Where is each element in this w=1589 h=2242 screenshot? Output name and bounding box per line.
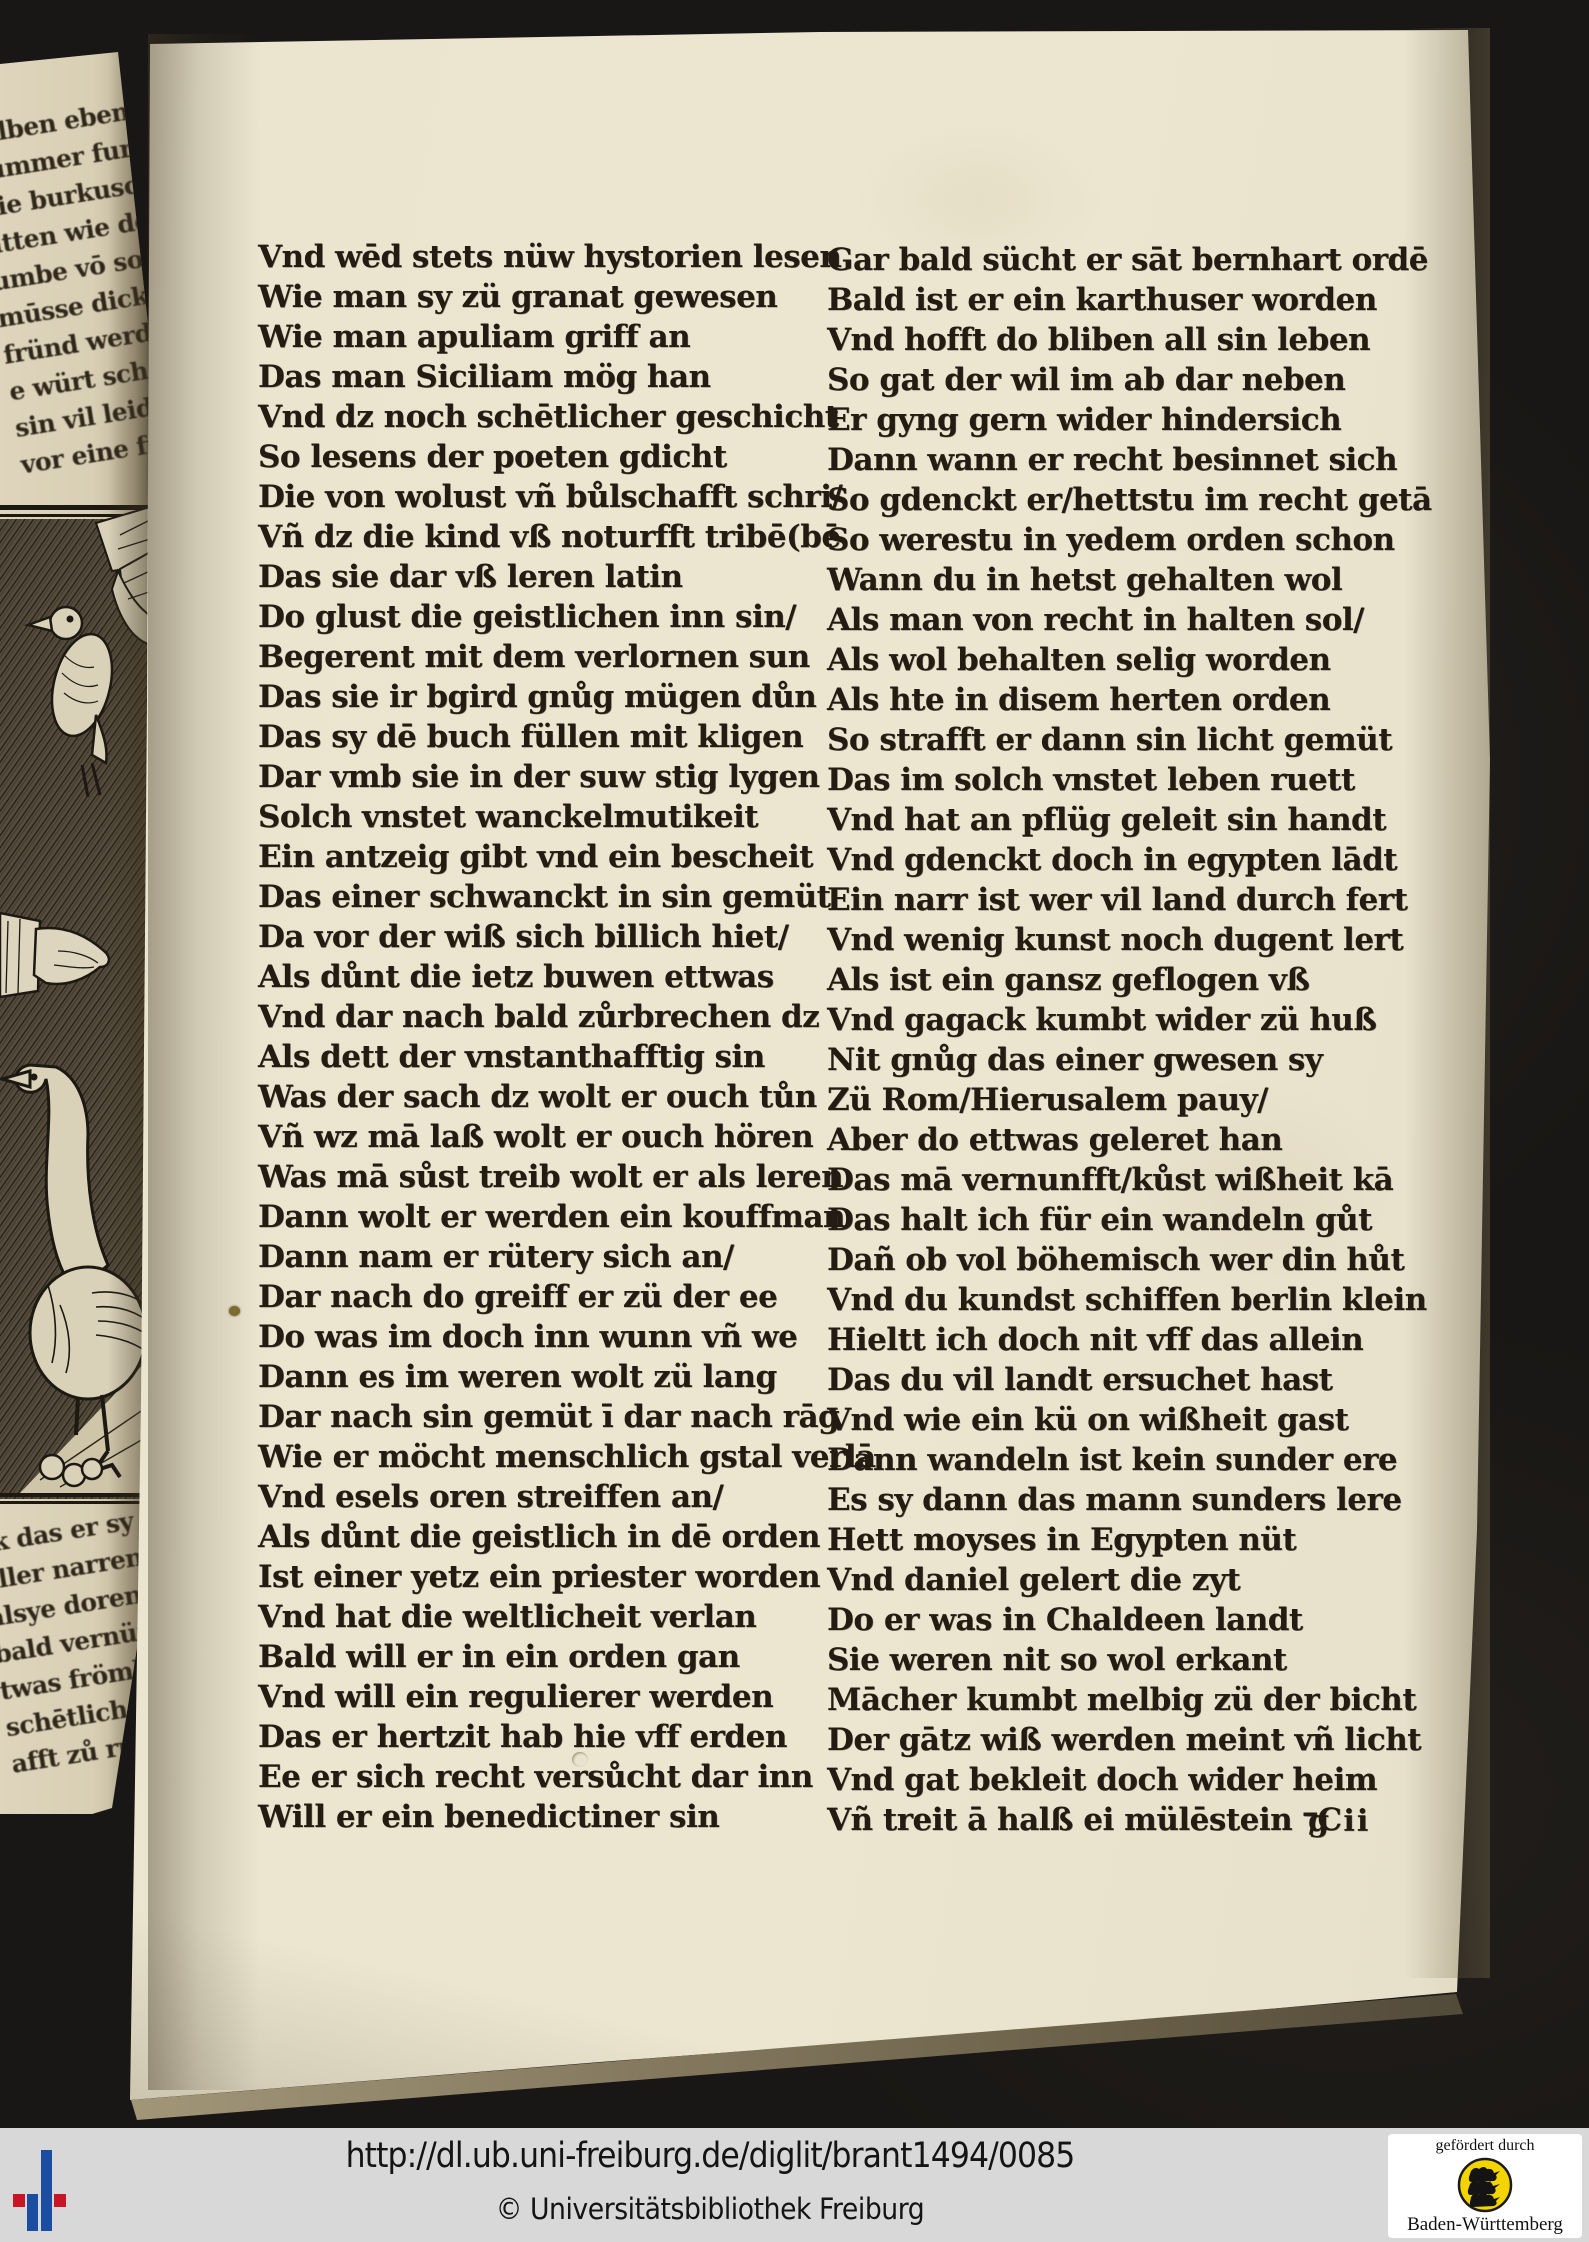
verse-line: Vnd wēd stets nüw hystorien lesen [258, 237, 823, 277]
verse-line: So strafft er dann sin licht gemüt [827, 720, 1402, 760]
book-scan-photo: selben eben vilrummer furchendie burkusc… [0, 0, 1589, 2242]
right-text-column: Gar bald sücht er sāt bernhart ordēBald … [827, 240, 1402, 1840]
verse-line: Wie man apuliam griff an [258, 317, 823, 357]
verse-line: Das halt ich für ein wandeln gůt [827, 1200, 1402, 1240]
verse-line: Wann du in hetst gehalten wol [827, 560, 1402, 600]
verse-line: Vnd hofft do bliben all sin leben [827, 320, 1402, 360]
verse-line: Als wol behalten selig worden [827, 640, 1402, 680]
verse-line: Da vor der wiß sich billich hiet/ [258, 917, 823, 957]
verse-line: Do glust die geistlichen inn sin/ [258, 597, 823, 637]
verse-line: Vnd du kundst schiffen berlin klein [827, 1280, 1402, 1320]
verse-line: Die von wolust vñ bůlschafft schri/ [258, 477, 823, 517]
verse-line: Zü Rom/Hierusalem pauy/ [827, 1080, 1402, 1120]
verse-line: Wie er möcht menschlich gstal verlā [258, 1437, 823, 1477]
verse-line: Dañ ob vol böhemisch wer din hůt [827, 1240, 1402, 1280]
verse-line: Bald ist er ein karthuser worden [827, 280, 1402, 320]
verse-line: Do was im doch inn wunn vñ we [258, 1317, 823, 1357]
verse-line: Vnd hat die weltlicheit verlan [258, 1597, 823, 1637]
verse-line: Nit gnůg das einer gwesen sy [827, 1040, 1402, 1080]
left-text-column: Vnd wēd stets nüw hystorien lesenWie man… [258, 237, 823, 1837]
verse-line: Als dett der vnstanthafftig sin [258, 1037, 823, 1077]
verse-line: Vnd gat bekleit doch wider heim [827, 1760, 1402, 1800]
verse-line: Als důnt die geistlich in dē orden [258, 1517, 823, 1557]
verse-line: Als důnt die ietz buwen ettwas [258, 957, 823, 997]
verse-line: Vnd dar nach bald zůrbrechen dz [258, 997, 823, 1037]
verse-line: Das man Siciliam mög han [258, 357, 823, 397]
verse-line: Mācher kumbt melbig zü der bicht [827, 1680, 1402, 1720]
verse-line: Wie man sy zü granat gewesen [258, 277, 823, 317]
verse-line: Vnd hat an pflüg geleit sin handt [827, 800, 1402, 840]
quire-signature: g ii [1308, 1804, 1370, 1839]
document-url: http://dl.ub.uni-freiburg.de/diglit/bran… [71, 2136, 1349, 2176]
verse-line: So gat der wil im ab dar neben [827, 360, 1402, 400]
verse-line: Das sie dar vß leren latin [258, 557, 823, 597]
verse-line: So lesens der poeten gdicht [258, 437, 823, 477]
verse-line: Ee er sich recht versůcht dar inn [258, 1757, 823, 1797]
verse-line: Dann es im weren wolt zü lang [258, 1357, 823, 1397]
verse-line: Vnd gdenckt doch in egypten lādt [827, 840, 1402, 880]
verse-line: Als ist ein gansz geflogen vß [827, 960, 1402, 1000]
verse-line: Vnd wenig kunst noch dugent lert [827, 920, 1402, 960]
verse-line: Vñ wz mā laß wolt er ouch hören [258, 1117, 823, 1157]
paper-hole [572, 1752, 588, 1767]
verse-line: Das sy dē buch füllen mit kligen [258, 717, 823, 757]
verse-line: Hett moyses in Egypten nüt [827, 1520, 1402, 1560]
verse-line: Do er was in Chaldeen landt [827, 1600, 1402, 1640]
verse-line: Als man von recht in halten sol/ [827, 600, 1402, 640]
region-label: Baden-Württemberg [1388, 2214, 1582, 2236]
verse-line: Das er hertzit hab hie vff erden [258, 1717, 823, 1757]
verse-line: Er gyng gern wider hindersich [827, 400, 1402, 440]
verse-line: Das du vil landt ersuchet hast [827, 1360, 1402, 1400]
verse-line: Es sy dann das mann sunders lere [827, 1480, 1402, 1520]
verse-line: Was der sach dz wolt er ouch tůn [258, 1077, 823, 1117]
verse-line: Dar vmb sie in der suw stig lygen [258, 757, 823, 797]
copyright-text: © Universitätsbibliothek Freiburg [57, 2192, 1363, 2226]
verse-line: Vnd dz noch schētlicher geschicht [258, 397, 823, 437]
verse-line: Das sie ir bgird gnůg mügen důn [258, 677, 823, 717]
footer-text-block: http://dl.ub.uni-freiburg.de/diglit/bran… [0, 2128, 1420, 2242]
verse-line: Will er ein benedictiner sin [258, 1797, 823, 1837]
verse-line: Ein antzeig gibt vnd ein bescheit [258, 837, 823, 877]
paper-speck [229, 1306, 240, 1316]
verse-line: Aber do ettwas geleret han [827, 1120, 1402, 1160]
verse-line: Gar bald sücht er sāt bernhart ordē [827, 240, 1402, 280]
verse-line: Was mā sůst treib wolt er als leren [258, 1157, 823, 1197]
verse-line: Solch vnstet wanckelmutikeit [258, 797, 823, 837]
verse-line: Das im solch vnstet leben ruett [827, 760, 1402, 800]
funded-by-label: gefördert durch [1388, 2134, 1582, 2156]
baden-wuerttemberg-coat-of-arms-icon [1457, 2157, 1513, 2213]
verse-line: Vnd will ein regulierer werden [258, 1677, 823, 1717]
verse-line: Vñ dz die kind vß noturfft tribē(bē [258, 517, 823, 557]
funding-badge: gefördert durch Baden-Württemberg [1388, 2134, 1582, 2238]
footer-bar: http://dl.ub.uni-freiburg.de/diglit/bran… [0, 2128, 1589, 2242]
verse-line: Bald will er in ein orden gan [258, 1637, 823, 1677]
verse-line: Dann wolt er werden ein kouffman [258, 1197, 823, 1237]
verse-line: Vnd wie ein kü on wißheit gast [827, 1400, 1402, 1440]
verse-line: Dann wann er recht besinnet sich [827, 440, 1402, 480]
verse-line: Dann nam er rütery sich an/ [258, 1237, 823, 1277]
previous-page-fragment: selben eben vilrummer furchendie burkusc… [0, 52, 154, 1814]
verse-line: Das mā vernunfft/kůst wißheit kā [827, 1160, 1402, 1200]
verse-line: Dar nach do greiff er zü der ee [258, 1277, 823, 1317]
verse-line: Vnd daniel gelert die zyt [827, 1560, 1402, 1600]
verse-line: Hieltt ich doch nit vff das allein [827, 1320, 1402, 1360]
verse-line: Als hte in disem herten orden [827, 680, 1402, 720]
verse-line: Dann wandeln ist kein sunder ere [827, 1440, 1402, 1480]
verse-line: So werestu in yedem orden schon [827, 520, 1402, 560]
verse-line: So gdenckt er/hettstu im recht getā [827, 480, 1402, 520]
verse-line: Vnd esels oren streiffen an/ [258, 1477, 823, 1517]
verse-line: Dar nach sin gemüt ī dar nach rāg [258, 1397, 823, 1437]
verse-line: Begerent mit dem verlornen sun [258, 637, 823, 677]
verse-line: Der gātz wiß werden meint vñ licht [827, 1720, 1402, 1760]
verse-line: Sie weren nit so wol erkant [827, 1640, 1402, 1680]
verse-line: Ein narr ist wer vil land durch fert [827, 880, 1402, 920]
verse-line: Vnd gagack kumbt wider zü huß [827, 1000, 1402, 1040]
verse-line: Das einer schwanckt in sin gemüt [258, 877, 823, 917]
verse-line: Ist einer yetz ein priester worden [258, 1557, 823, 1597]
